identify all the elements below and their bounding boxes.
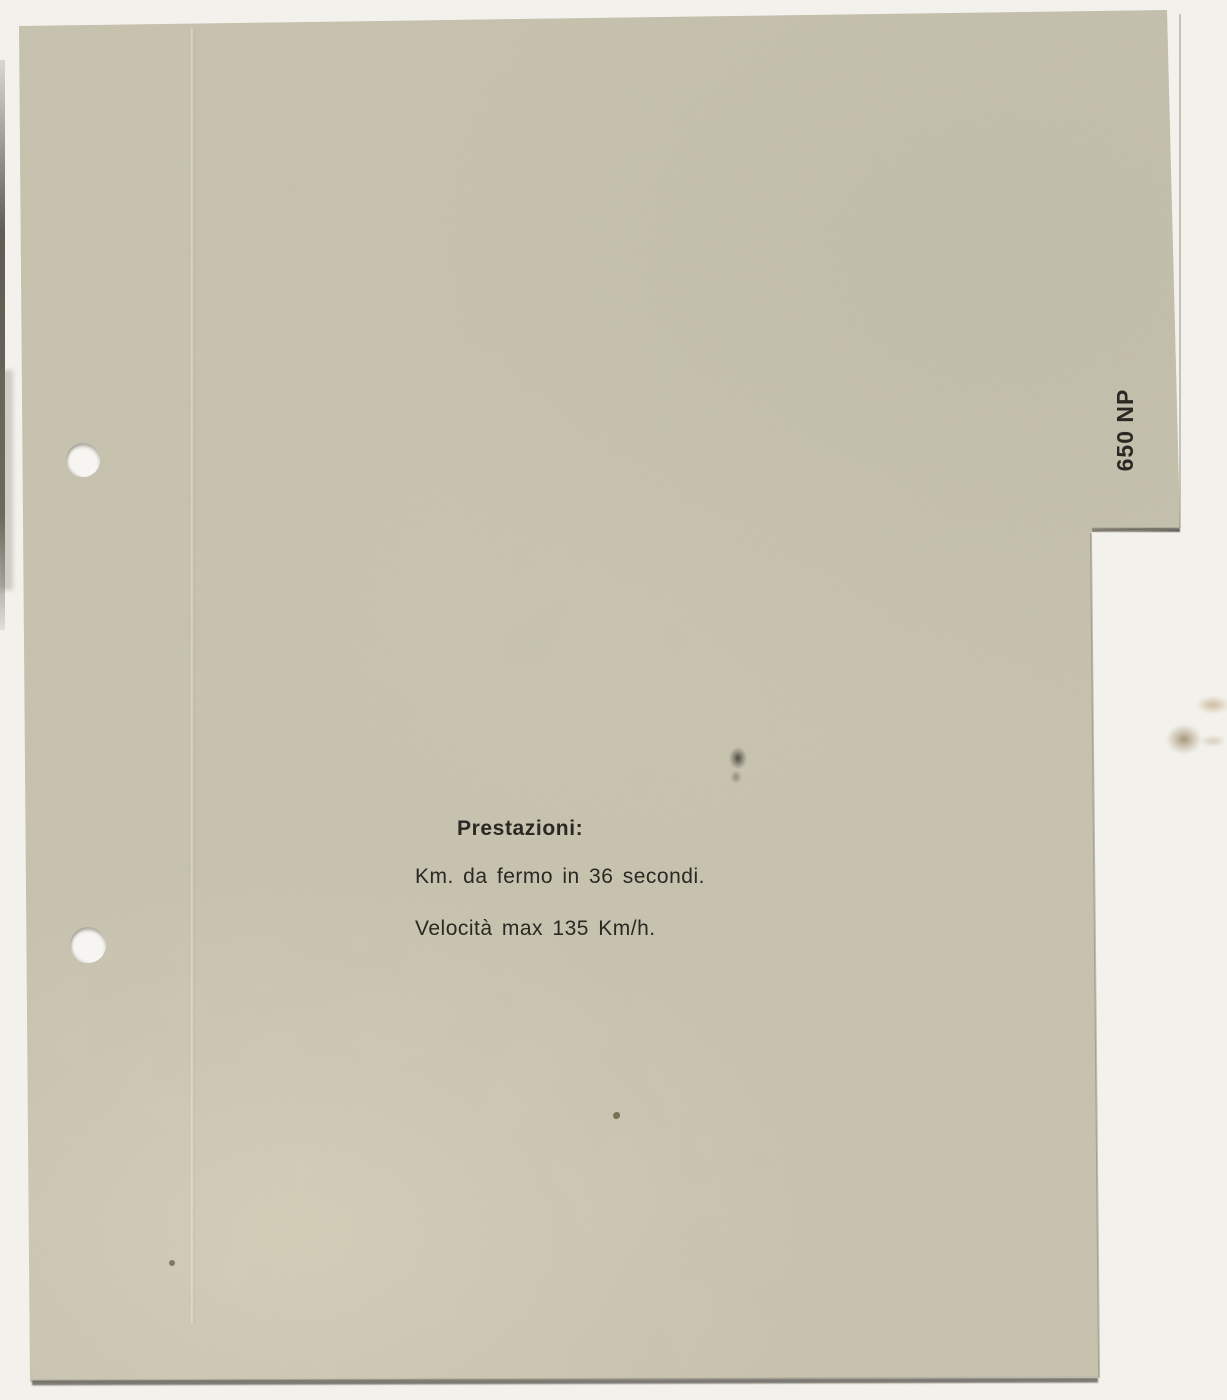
index-tab-label: 650 NP	[1112, 382, 1138, 478]
margin-stain	[1196, 696, 1227, 714]
scanned-page: Prestazioni: Km. da fermo in 36 secondi.…	[0, 0, 1227, 1400]
margin-stain	[1200, 735, 1226, 747]
punch-hole-bottom	[70, 927, 106, 963]
ink-smudge-tail	[730, 770, 742, 784]
paper-sheet: Prestazioni: Km. da fermo in 36 secondi.…	[0, 0, 1227, 1400]
spec-line-top-speed: Velocità max 135 Km/h.	[415, 917, 656, 941]
punch-hole-top	[66, 443, 100, 477]
paper-speck	[169, 1260, 175, 1266]
tab-bottom-edge-shadow	[1092, 528, 1180, 532]
tab-right-edge-shadow	[1179, 14, 1181, 528]
spec-line-acceleration: Km. da fermo in 36 secondi.	[415, 865, 705, 889]
paper-crease	[189, 28, 195, 1323]
scanner-edge-strip-soft	[0, 370, 13, 590]
paper-grain-texture	[0, 0, 1227, 1400]
performance-heading: Prestazioni:	[457, 817, 583, 841]
paper-speck	[613, 1112, 620, 1119]
